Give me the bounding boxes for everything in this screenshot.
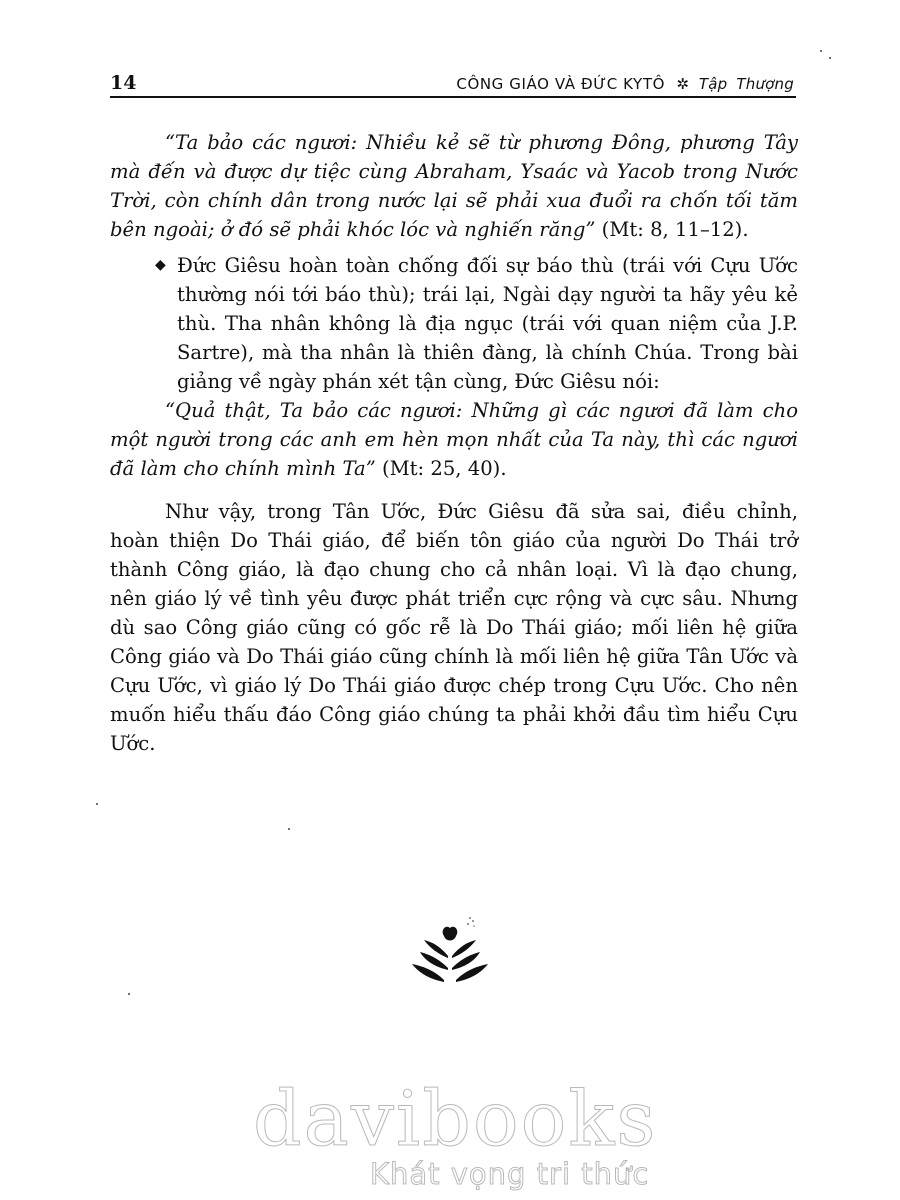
publisher-watermark: davibooks Khát vọng tri thức <box>245 1080 665 1200</box>
scan-speck <box>820 50 822 52</box>
running-title: CÔNG GIÁO VÀ ĐỨC KYTÔ ✲ TậpThượng <box>456 75 794 93</box>
scripture-quote-2: “Quả thật, Ta bảo các ngươi: Những gì cá… <box>110 396 798 483</box>
asterisk-ornament-icon: ✲ <box>676 75 689 93</box>
bullet-item-1: ◆Đức Giêsu hoàn toàn chống đối sự báo th… <box>110 251 798 396</box>
watermark-tagline: Khát vọng tri thức <box>370 1157 649 1191</box>
bullet-1-text: Đức Giêsu hoàn toàn chống đối sự báo thù… <box>177 254 798 393</box>
leaf-sprig-ornament-icon <box>410 912 490 987</box>
volume-label: TậpThượng <box>699 75 794 93</box>
quote-1-reference: (Mt: 8, 11–12). <box>595 218 748 241</box>
quote-2-reference: (Mt: 25, 40). <box>376 457 507 480</box>
book-title: CÔNG GIÁO VÀ ĐỨC KYTÔ <box>456 75 665 93</box>
paragraph-1: Như vậy, trong Tân Ước, Đức Giêsu đã sửa… <box>110 497 798 758</box>
page-number: 14 <box>110 72 136 94</box>
volume-word-1: Tập <box>699 75 727 93</box>
watermark-brand: davibooks <box>253 1074 657 1163</box>
page-body: “Ta bảo các ngươi: Nhiều kẻ sẽ từ phương… <box>110 128 798 758</box>
scripture-quote-1: “Ta bảo các ngươi: Nhiều kẻ sẽ từ phương… <box>110 128 798 244</box>
scan-speck <box>288 828 290 830</box>
diamond-bullet-icon: ◆ <box>155 251 166 280</box>
page-header: 14 CÔNG GIÁO VÀ ĐỨC KYTÔ ✲ TậpThượng <box>110 66 796 98</box>
volume-word-2: Thượng <box>736 75 794 93</box>
scan-speck <box>96 803 98 805</box>
scan-speck <box>128 993 130 995</box>
scan-speck <box>829 57 831 59</box>
